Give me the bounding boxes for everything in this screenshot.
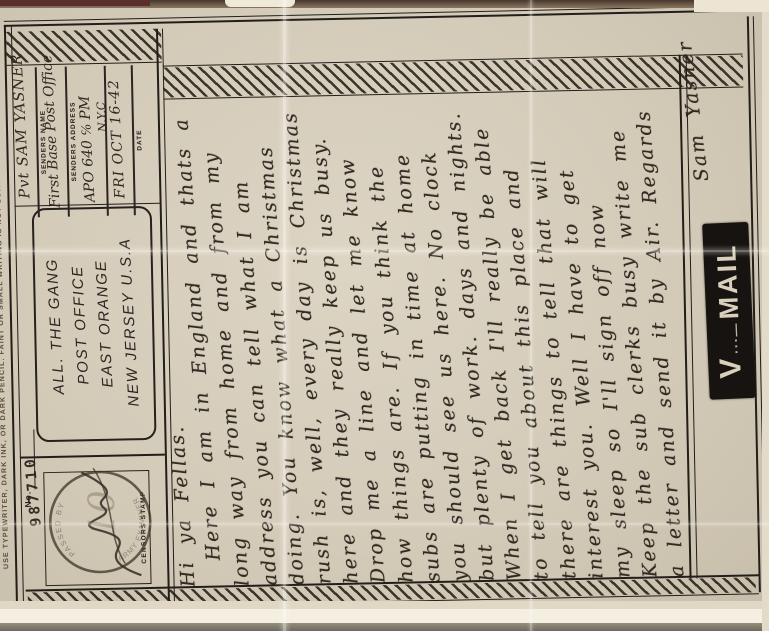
letter-body: Hi ya Fellas.Here I am in England and th… [165,72,692,588]
vmail-logo-morse-icon: ···— [727,322,743,355]
vmail-logo-v: V [714,356,749,378]
hatch-header-corner [6,29,162,63]
scan-edge-right [762,0,769,631]
sheet-tilt-wrapper: USE TYPEWRITER, DARK INK, OR DARK PENCIL… [0,0,769,631]
scan-edge-top-tear [225,0,295,7]
vmail-sheet: USE TYPEWRITER, DARK INK, OR DARK PENCIL… [0,0,769,631]
vmail-letter-scan: USE TYPEWRITER, DARK INK, OR DARK PENCIL… [0,0,769,631]
sender-date-value: FRI OCT 16-42 [106,79,129,199]
scan-edge-right-corner [694,0,769,12]
address-panel-text: ALL. THE GANG POST OFFICE EAST ORANGE NE… [38,215,148,434]
sender-address-label: SENDERS ADDRESS [69,66,79,216]
vmail-logo: V ···— MAIL [702,222,756,400]
censor-stamp-icon: PASSED BY ARMY EXAMINER 10 [43,453,161,583]
scan-edge-bottom-fold [0,601,769,609]
censor-number: 10 [82,490,124,537]
scan-edge-bottom-white [0,609,769,623]
address-panel: ALL. THE GANG POST OFFICE EAST ORANGE NE… [32,206,157,442]
scan-edge-bottom-gray [0,623,769,631]
sender-name-value: Pvt SAM YASNER [9,53,33,199]
svg-text:PASSED BY: PASSED BY [53,500,77,559]
censor-ring-top-text: PASSED BY [53,500,77,559]
serial-number: 987710 [22,455,44,527]
scan-edge-top-maroon [0,0,150,6]
vmail-logo-mail: MAIL [711,243,745,320]
